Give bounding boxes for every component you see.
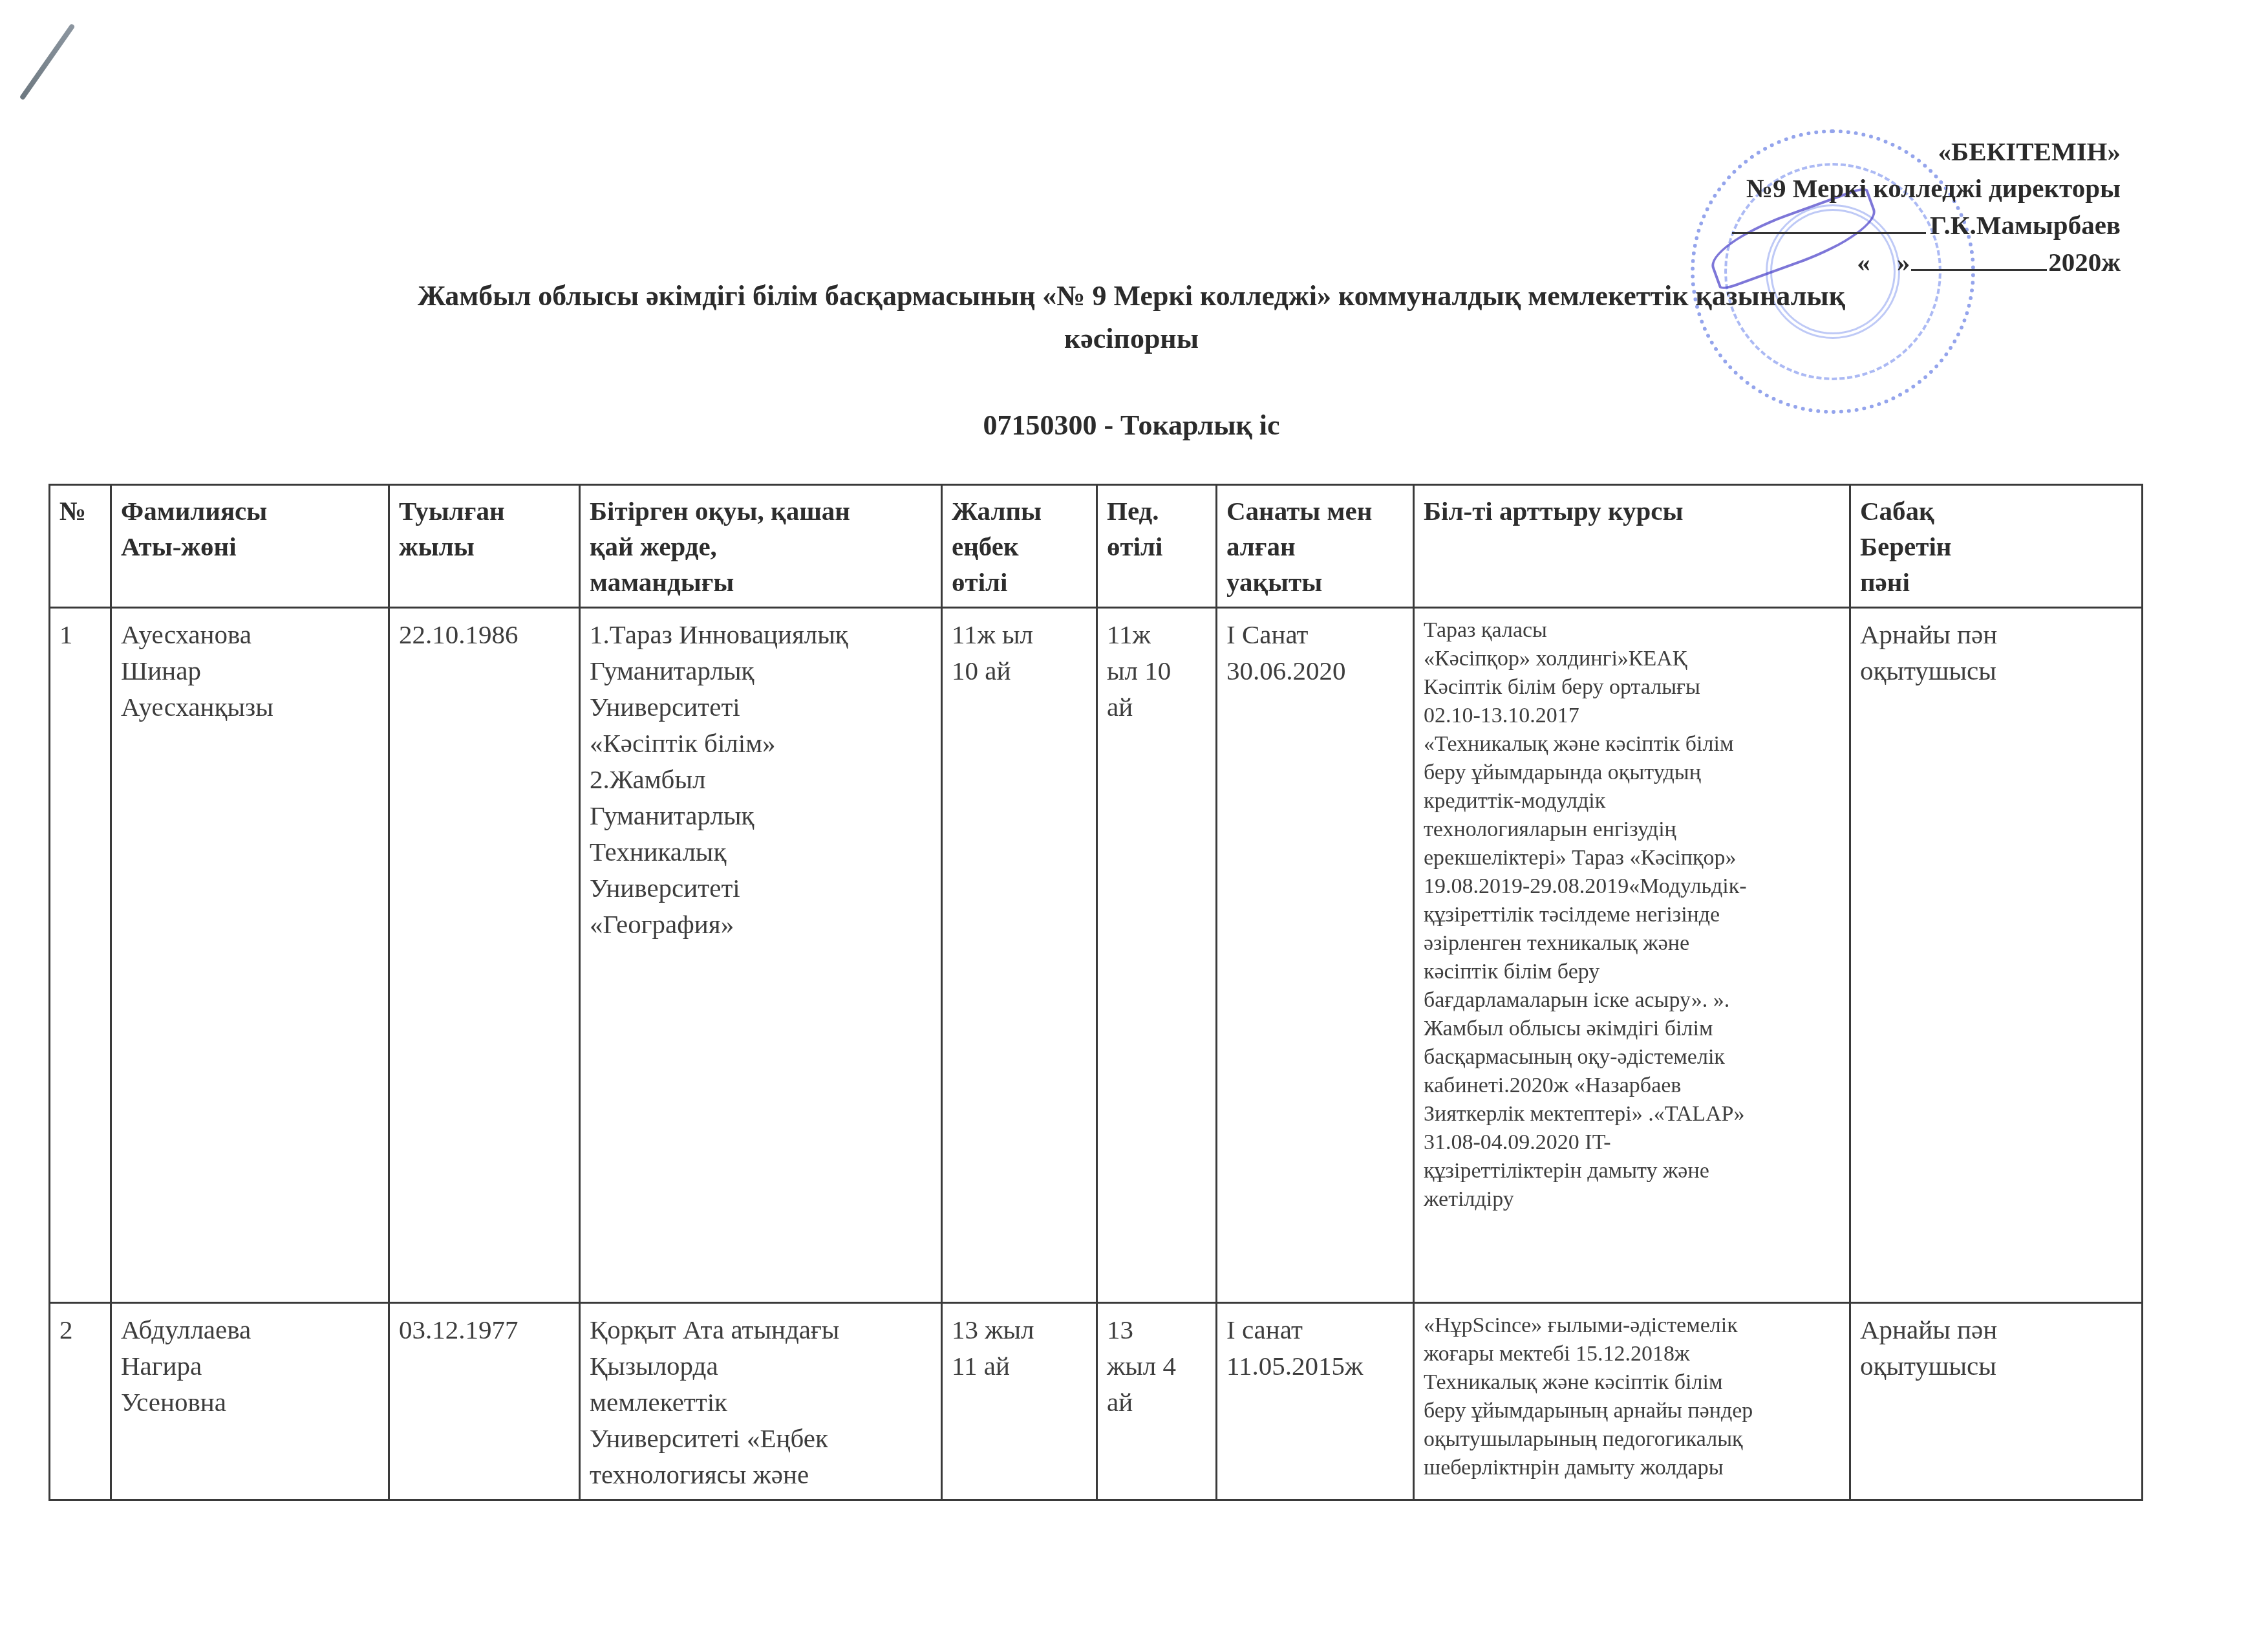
header-birth: Туылған жылы [389, 485, 580, 608]
header-education: Бітірген оқуы, қашан қай жерде, мамандығ… [580, 485, 942, 608]
header-category: Санаты мен алған уақыты [1217, 485, 1414, 608]
staff-table: № Фамилиясы Аты-жөні Туылған жылы Бітірг… [48, 484, 2143, 1501]
cell-total-experience: 13 жыл 11 ай [942, 1303, 1097, 1500]
cell-subject: Арнайы пән оқытушысы [1850, 1303, 2143, 1500]
cell-number: 1 [50, 608, 111, 1303]
date-quote-open: « [1857, 247, 1870, 277]
header-courses: Біл-ті арттыру курсы [1414, 485, 1850, 608]
cell-subject: Арнайы пән оқытушысы [1850, 608, 2143, 1303]
table-row: 2 Абдуллаева Нагира Усеновна 03.12.1977 … [50, 1303, 2143, 1500]
title-line-2: кәсіпорны [129, 318, 2134, 360]
signature-line [1732, 232, 1926, 234]
cell-category: I Санат 30.06.2020 [1217, 608, 1414, 1303]
cell-total-experience: 11ж ыл 10 ай [942, 608, 1097, 1303]
pen-mark [19, 23, 76, 100]
cell-name: Абдуллаева Нагира Усеновна [111, 1303, 389, 1500]
cell-number: 2 [50, 1303, 111, 1500]
cell-category: I санат 11.05.2015ж [1217, 1303, 1414, 1500]
cell-education: 1.Тараз Инновациялық Гуманитарлық Универ… [580, 608, 942, 1303]
table-row: 1 Ауесханова Шинар Ауесханқызы 22.10.198… [50, 608, 2143, 1303]
cell-education: Қорқыт Ата атындағы Қызылорда мемлекетті… [580, 1303, 942, 1500]
cell-ped-experience: 11ж ыл 10 ай [1097, 608, 1217, 1303]
date-month-line [1911, 269, 2047, 271]
approval-director: Г.К.Мамырбаев [1732, 207, 2121, 244]
cell-birth: 03.12.1977 [389, 1303, 580, 1500]
cell-birth: 22.10.1986 [389, 608, 580, 1303]
date-year: 2020ж [2048, 247, 2121, 277]
title-line-1: Жамбыл облысы әкімдігі білім басқармасын… [129, 275, 2134, 318]
document-title: Жамбыл облысы әкімдігі білім басқармасын… [129, 275, 2134, 360]
approval-block: «БЕКІТЕМІН» №9 Меркі колледжі директоры … [1732, 133, 2121, 281]
cell-courses: «НұрScince» ғылыми-әдістемелік жоғары ме… [1414, 1303, 1850, 1500]
header-name: Фамилиясы Аты-жөні [111, 485, 389, 608]
header-ped-experience: Пед. өтілі [1097, 485, 1217, 608]
date-quote-close: » [1897, 247, 1910, 277]
cell-ped-experience: 13 жыл 4 ай [1097, 1303, 1217, 1500]
cell-courses: Тараз қаласы «Кәсіпқор» холдингі»КЕАҚ Кә… [1414, 608, 1850, 1303]
table-header-row: № Фамилиясы Аты-жөні Туылған жылы Бітірг… [50, 485, 2143, 608]
header-subject: Сабақ Беретін пәні [1850, 485, 2143, 608]
director-name: Г.К.Мамырбаев [1930, 210, 2121, 240]
cell-name: Ауесханова Шинар Ауесханқызы [111, 608, 389, 1303]
approval-position: №9 Меркі колледжі директоры [1732, 170, 2121, 207]
header-number: № [50, 485, 111, 608]
header-total-experience: Жалпы еңбек өтілі [942, 485, 1097, 608]
approval-heading: «БЕКІТЕМІН» [1732, 133, 2121, 170]
